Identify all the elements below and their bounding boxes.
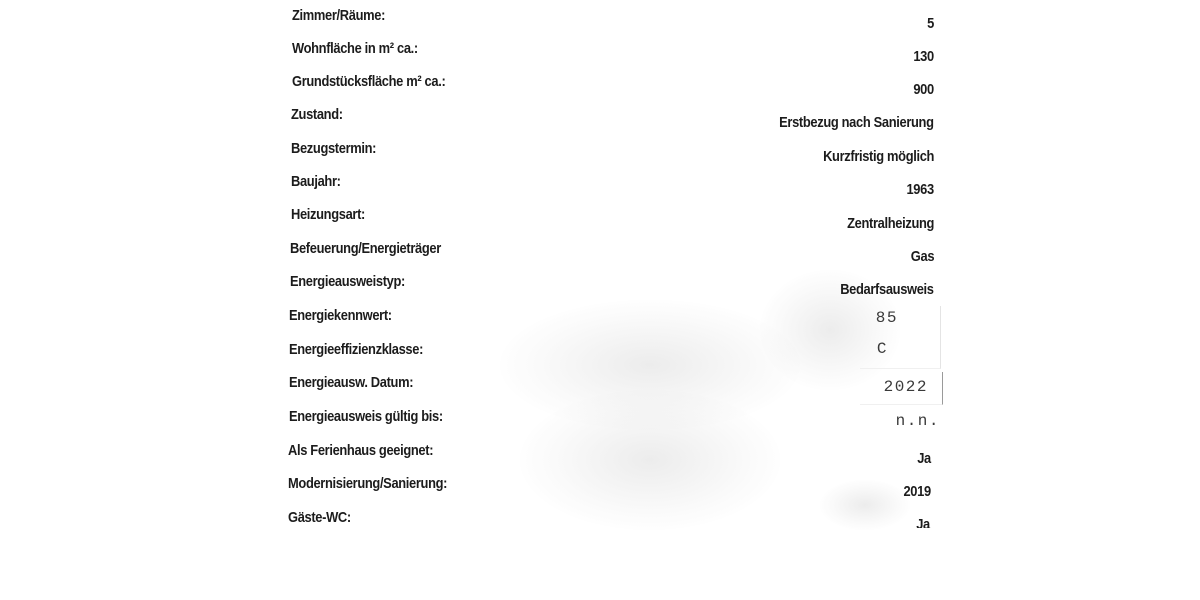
field-label: Energieausweistyp: <box>290 273 405 290</box>
field-label: Baujahr: <box>291 173 341 190</box>
field-label: Befeuerung/Energieträger <box>290 240 441 257</box>
table-row: Modernisierung/Sanierung: 2019 <box>0 474 1200 502</box>
field-label: Energieeffizienzklasse: <box>289 341 423 358</box>
table-row: Zustand: Erstbezug nach Sanierung <box>0 105 1200 133</box>
table-row: Energieausweis gültig bis: n.n. <box>0 407 1200 435</box>
table-row: Energieausweistyp: Bedarfsausweis <box>0 272 1200 300</box>
field-value: n.n. <box>896 412 940 430</box>
field-value: 2019 <box>904 483 931 500</box>
field-label: Bezugstermin: <box>291 140 376 157</box>
field-value: Gas <box>911 248 934 265</box>
field-value: C <box>877 340 888 358</box>
table-row: Befeuerung/Energieträger Gas <box>0 239 1200 267</box>
table-row: Bezugstermin: Kurzfristig möglich <box>0 139 1200 167</box>
field-label: Zimmer/Räume: <box>292 7 385 24</box>
table-row: Heizungsart: Zentralheizung <box>0 206 1200 234</box>
field-value: Ja <box>916 516 930 528</box>
field-label: Als Ferienhaus geeignet: <box>288 442 433 459</box>
field-label: Energiekennwert: <box>289 307 392 324</box>
field-label: Wohnfläche in m² ca.: <box>292 40 418 57</box>
table-row: Grundstücksfläche m² ca.: 900 <box>0 72 1200 100</box>
field-value: Kurzfristig möglich <box>823 148 934 165</box>
field-value: 85 <box>876 309 898 327</box>
table-row: Energiekennwert: 85 <box>0 306 1200 334</box>
field-label: Gäste-WC: <box>288 509 351 526</box>
field-value: 2022 <box>884 378 928 396</box>
table-row: Als Ferienhaus geeignet: Ja <box>0 441 1200 469</box>
field-value: 130 <box>914 48 934 65</box>
field-label: Zustand: <box>291 106 343 123</box>
field-value: Erstbezug nach Sanierung <box>780 114 934 131</box>
table-row: Gäste-WC: Ja <box>0 508 1200 528</box>
field-value: Bedarfsausweis <box>841 281 934 298</box>
table-row: Energieeffizienzklasse: C <box>0 340 1200 368</box>
table-row: Zimmer/Räume: 5 <box>0 5 1200 33</box>
field-label: Energieausweis gültig bis: <box>289 408 443 425</box>
scanned-document-page: Zimmer/Räume: 5 Wohnfläche in m² ca.: 13… <box>0 0 1200 600</box>
field-label: Modernisierung/Sanierung: <box>288 475 447 492</box>
table-row: Baujahr: 1963 <box>0 172 1200 200</box>
field-value: Zentralheizung <box>847 215 934 232</box>
field-value: 900 <box>914 81 934 98</box>
field-value: 5 <box>927 15 934 32</box>
table-row: Energieausw. Datum: 2022 <box>0 374 1200 402</box>
table-row: Wohnfläche in m² ca.: 130 <box>0 38 1200 66</box>
field-label: Grundstücksfläche m² ca.: <box>292 73 445 90</box>
field-label: Energieausw. Datum: <box>289 374 413 391</box>
field-value: 1963 <box>907 181 934 198</box>
field-label: Heizungsart: <box>291 206 365 223</box>
field-value: Ja <box>917 450 931 467</box>
